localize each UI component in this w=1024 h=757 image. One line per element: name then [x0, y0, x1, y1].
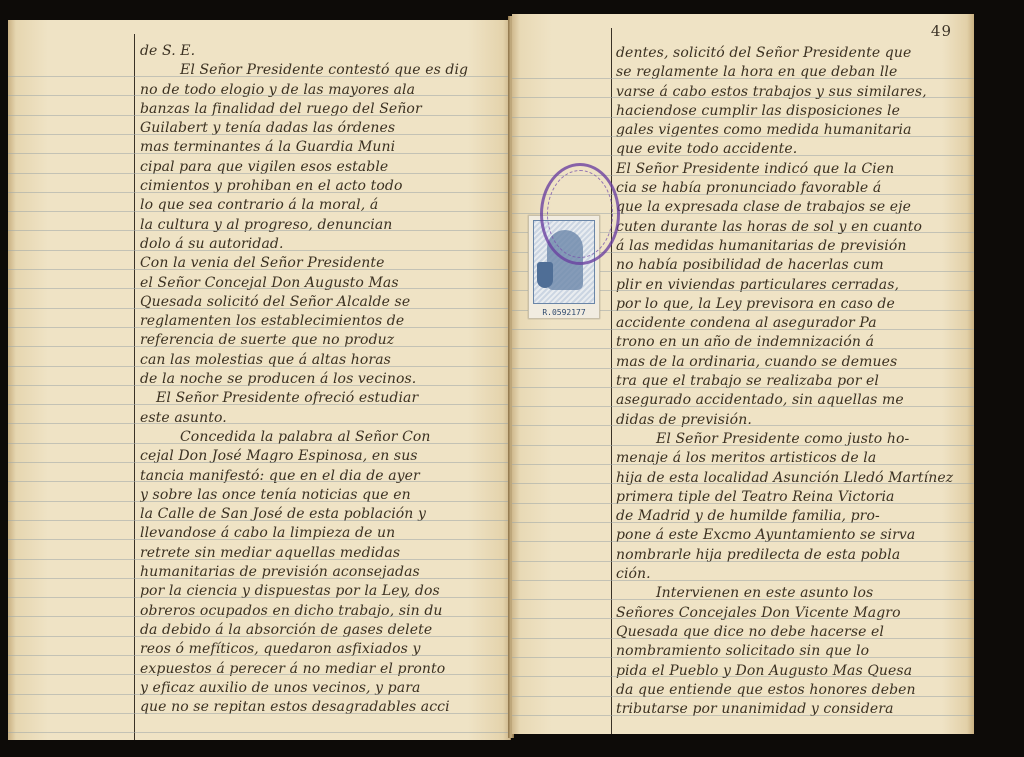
- handwritten-line: trono en un año de indemnización á: [616, 333, 972, 352]
- handwritten-line: reos ó mefíticos, quedaron asfixiados y: [140, 640, 508, 659]
- ruled-line: [8, 443, 510, 444]
- stamp-serial: R.0592177: [529, 308, 599, 317]
- handwritten-line: dentes, solicitó del Señor Presidente qu…: [616, 44, 972, 63]
- handwritten-line: El Señor Presidente ofreció estudiar: [140, 389, 508, 408]
- ruled-line: [8, 539, 510, 540]
- ruled-line: [512, 97, 974, 98]
- ruled-line: [512, 445, 974, 446]
- handwritten-line: por lo que, la Ley previsora en caso de: [616, 295, 972, 314]
- ruled-line: [8, 76, 510, 77]
- handwritten-line: reglamenten los establecimientos de: [140, 312, 508, 331]
- handwritten-line: El Señor Presidente indicó que la Cien: [616, 160, 972, 179]
- handwritten-line: humanitarias de previsión aconsejadas: [140, 563, 508, 582]
- handwritten-line: no de todo elogio y de las mayores ala: [140, 81, 508, 100]
- right-margin-rule: [611, 28, 612, 734]
- ruled-line: [512, 425, 974, 426]
- ruled-line: [8, 616, 510, 617]
- ruled-line: [8, 636, 510, 637]
- ruled-line: [512, 580, 974, 581]
- handwritten-line: didas de previsión.: [616, 411, 972, 430]
- coat-of-arms-icon: [537, 262, 553, 288]
- ruled-line: [512, 696, 974, 697]
- handwritten-line: Guilabert y tenía dadas las órdenes: [140, 119, 508, 138]
- ruled-line: [512, 503, 974, 504]
- handwritten-line: nombrarle hija predilecta de esta pobla: [616, 546, 972, 565]
- ruled-line: [512, 78, 974, 79]
- handwritten-line: ción.: [616, 565, 972, 584]
- ruled-line: [512, 676, 974, 677]
- handwritten-line: de Madrid y de humilde familia, pro-: [616, 507, 972, 526]
- page-number: 49: [931, 22, 952, 40]
- handwritten-line: tra que el trabajo se realizaba por el: [616, 372, 972, 391]
- seal-inner-ring: [547, 170, 613, 258]
- ruled-line: [8, 520, 510, 521]
- ruled-line: [8, 153, 510, 154]
- ruled-line: [512, 464, 974, 465]
- ruled-line: [512, 561, 974, 562]
- handwritten-line: cuten durante las horas de sol y en cuan…: [616, 218, 972, 237]
- ruled-line: [512, 638, 974, 639]
- open-book-scan: de S. E.El Señor Presidente contestó que…: [0, 0, 1024, 757]
- handwritten-line: tancia manifestó: que en el dia de ayer: [140, 467, 508, 486]
- ruled-line: [8, 462, 510, 463]
- handwritten-line: gales vigentes como medida humanitaria: [616, 121, 972, 140]
- handwritten-line: Con la venia del Señor Presidente: [140, 254, 508, 273]
- ruled-line: [8, 366, 510, 367]
- handwritten-line: mas de la ordinaria, cuando se demues: [616, 353, 972, 372]
- ruled-line: [8, 713, 510, 714]
- handwritten-line: que la expresada clase de trabajos se ej…: [616, 198, 972, 217]
- handwritten-line: la Calle de San José de esta población y: [140, 505, 508, 524]
- handwritten-line: primera tiple del Teatro Reina Victoria: [616, 488, 972, 507]
- ruled-line: [512, 483, 974, 484]
- handwritten-line: dolo á su autoridad.: [140, 235, 508, 254]
- ruled-line: [8, 230, 510, 231]
- handwritten-line: hija de esta localidad Asunción Lledó Ma…: [616, 469, 972, 488]
- ruled-line: [8, 250, 510, 251]
- handwritten-line: da que entiende que estos honores deben: [616, 681, 972, 700]
- handwritten-line: y sobre las once tenía noticias que en: [140, 486, 508, 505]
- handwritten-line: cipal para que vigilen esos estable: [140, 158, 508, 177]
- handwritten-line: pida el Pueblo y Don Augusto Mas Quesa: [616, 662, 972, 681]
- handwritten-line: Intervienen en este asunto los: [616, 584, 972, 603]
- handwritten-line: lo que sea contrario á la moral, á: [140, 196, 508, 215]
- ruled-line: [512, 329, 974, 330]
- ruled-line: [512, 522, 974, 523]
- municipal-seal-icon: [540, 163, 620, 265]
- handwritten-line: da debido á la absorción de gases delete: [140, 621, 508, 640]
- ruled-line: [8, 95, 510, 96]
- handwritten-line: el Señor Concejal Don Augusto Mas: [140, 274, 508, 293]
- handwritten-line: menaje á los meritos artisticos de la: [616, 449, 972, 468]
- ruled-line: [8, 732, 510, 733]
- ruled-line: [8, 655, 510, 656]
- ruled-line: [8, 115, 510, 116]
- handwritten-line: de la noche se producen á los vecinos.: [140, 370, 508, 389]
- ruled-line: [512, 136, 974, 137]
- handwritten-line: accidente condena al asegurador Pa: [616, 314, 972, 333]
- ruled-line: [512, 406, 974, 407]
- ruled-line: [8, 597, 510, 598]
- handwritten-line: se reglamente la hora en que deban lle: [616, 63, 972, 82]
- handwritten-line: haciendose cumplir las disposiciones le: [616, 102, 972, 121]
- ruled-line: [8, 404, 510, 405]
- ruled-line: [8, 481, 510, 482]
- ruled-line: [8, 308, 510, 309]
- ruled-line: [8, 674, 510, 675]
- ruled-line: [8, 423, 510, 424]
- ruled-line: [512, 599, 974, 600]
- handwritten-line: y eficaz auxilio de unos vecinos, y para: [140, 679, 508, 698]
- handwritten-line: la cultura y al progreso, denuncian: [140, 216, 508, 235]
- ruled-line: [8, 211, 510, 212]
- left-margin-rule: [134, 34, 135, 740]
- handwritten-line: plir en viviendas particulares cerradas,: [616, 276, 972, 295]
- handwritten-line: banzas la finalidad del ruego del Señor: [140, 100, 508, 119]
- ruled-line: [8, 385, 510, 386]
- ruled-line: [512, 715, 974, 716]
- ruled-line: [8, 134, 510, 135]
- handwritten-line: cia se había pronunciado favorable á: [616, 179, 972, 198]
- ruled-line: [512, 117, 974, 118]
- handwritten-line: cimientos y prohiban en el acto todo: [140, 177, 508, 196]
- handwritten-line: de S. E.: [140, 42, 508, 61]
- handwritten-line: obreros ocupados en dicho trabajo, sin d…: [140, 602, 508, 621]
- handwritten-line: Quesada que dice no debe hacerse el: [616, 623, 972, 642]
- ruled-line: [8, 173, 510, 174]
- handwritten-line: cejal Don José Magro Espinosa, en sus: [140, 447, 508, 466]
- handwritten-line: referencia de suerte que no produz: [140, 331, 508, 350]
- ruled-line: [8, 694, 510, 695]
- ruled-line: [512, 657, 974, 658]
- ruled-line: [8, 192, 510, 193]
- handwritten-line: retrete sin mediar aquellas medidas: [140, 544, 508, 563]
- handwritten-line: mas terminantes á la Guardia Muni: [140, 138, 508, 157]
- ruled-line: [8, 578, 510, 579]
- left-page: de S. E.El Señor Presidente contestó que…: [8, 20, 511, 740]
- handwritten-line: asegurado accidentado, sin aquellas me: [616, 391, 972, 410]
- handwritten-line: El Señor Presidente contestó que es dig: [140, 61, 508, 80]
- handwritten-line: Concedida la palabra al Señor Con: [140, 428, 508, 447]
- handwritten-line: por la ciencia y dispuestas por la Ley, …: [140, 582, 508, 601]
- ruled-line: [512, 155, 974, 156]
- ruled-line: [512, 618, 974, 619]
- ruled-line: [8, 327, 510, 328]
- handwritten-line: El Señor Presidente como justo ho-: [616, 430, 972, 449]
- handwritten-line: que no se repitan estos desagradables ac…: [140, 698, 508, 717]
- handwritten-line: Señores Concejales Don Vicente Magro: [616, 604, 972, 623]
- right-page: 49 dentes, solicitó del Señor Presidente…: [512, 14, 974, 734]
- handwritten-line: no había posibilidad de hacerlas cum: [616, 256, 972, 275]
- ruled-line: [8, 269, 510, 270]
- handwritten-line: que evite todo accidente.: [616, 140, 972, 159]
- ruled-line: [512, 348, 974, 349]
- handwritten-line: tributarse por unanimidad y considera: [616, 700, 972, 719]
- ruled-line: [8, 501, 510, 502]
- handwritten-line: expuestos á perecer á no mediar el pront…: [140, 660, 508, 679]
- ruled-line: [8, 288, 510, 289]
- ruled-line: [512, 541, 974, 542]
- handwritten-line: Quesada solicitó del Señor Alcalde se: [140, 293, 508, 312]
- ruled-line: [8, 346, 510, 347]
- ruled-line: [512, 368, 974, 369]
- handwritten-line: can las molestias que á altas horas: [140, 351, 508, 370]
- handwritten-line: á las medidas humanitarias de previsión: [616, 237, 972, 256]
- handwritten-line: varse á cabo estos trabajos y sus simila…: [616, 83, 972, 102]
- ruled-line: [512, 387, 974, 388]
- handwritten-line: nombramiento solicitado sin que lo: [616, 642, 972, 661]
- handwritten-line: este asunto.: [140, 409, 508, 428]
- handwritten-line: llevandose á cabo la limpieza de un: [140, 524, 508, 543]
- ruled-line: [8, 559, 510, 560]
- handwritten-line: pone á este Excmo Ayuntamiento se sirva: [616, 526, 972, 545]
